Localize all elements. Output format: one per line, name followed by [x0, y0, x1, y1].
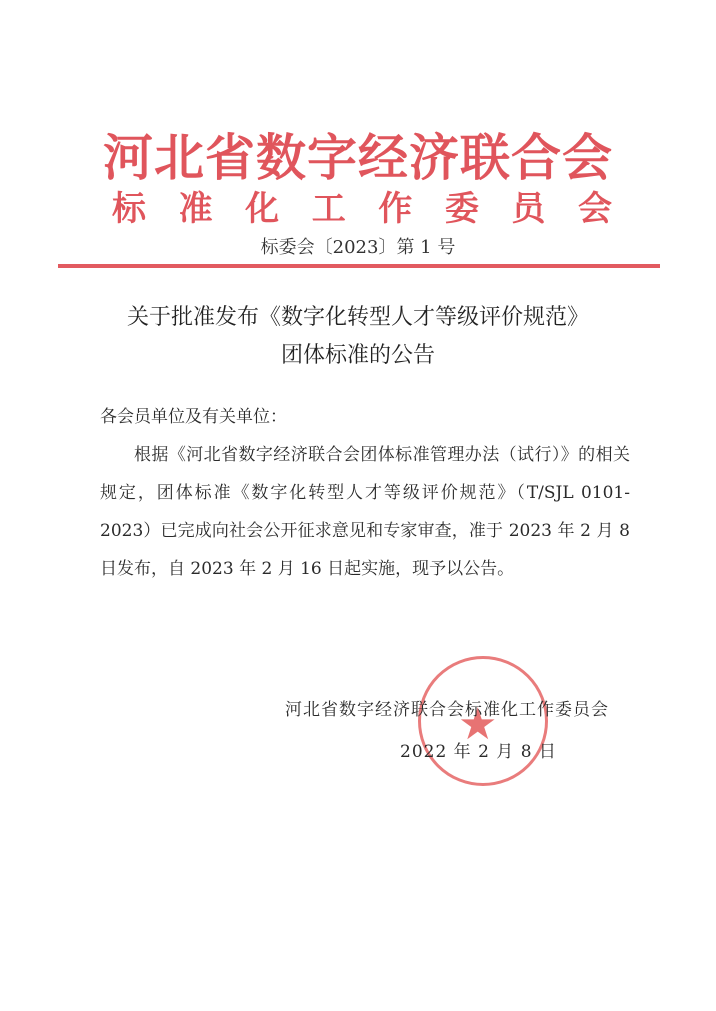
org-char: 化: [245, 181, 279, 230]
document-number: 标委会〔2023〕第 1 号: [0, 233, 716, 259]
org-char: 标: [112, 181, 146, 230]
org-char: 会: [578, 181, 612, 230]
org-char: 工: [312, 181, 346, 230]
org-name-line2: 标 准 化 工 作 委 员 会: [112, 181, 612, 230]
org-char: 委: [445, 181, 479, 230]
notice-body: 根据《河北省数字经济联合会团体标准管理办法（试行）》的相关规定，团体标准《数字化…: [100, 436, 630, 588]
greeting: 各会员单位及有关单位：: [100, 398, 630, 436]
org-char: 员: [511, 181, 545, 230]
issuer-signature: 河北省数字经济联合会标准化工作委员会: [285, 695, 609, 720]
header-divider: [58, 264, 660, 268]
org-char: 作: [378, 181, 412, 230]
issue-date: 2022 年 2 月 8 日: [400, 737, 557, 762]
notice-title-line1: 关于批准发布《数字化转型人才等级评价规范》: [0, 300, 716, 331]
notice-title-line2: 团体标准的公告: [0, 338, 716, 369]
org-name-line1: 河北省数字经济联合会: [0, 118, 716, 190]
org-char: 准: [179, 181, 213, 230]
